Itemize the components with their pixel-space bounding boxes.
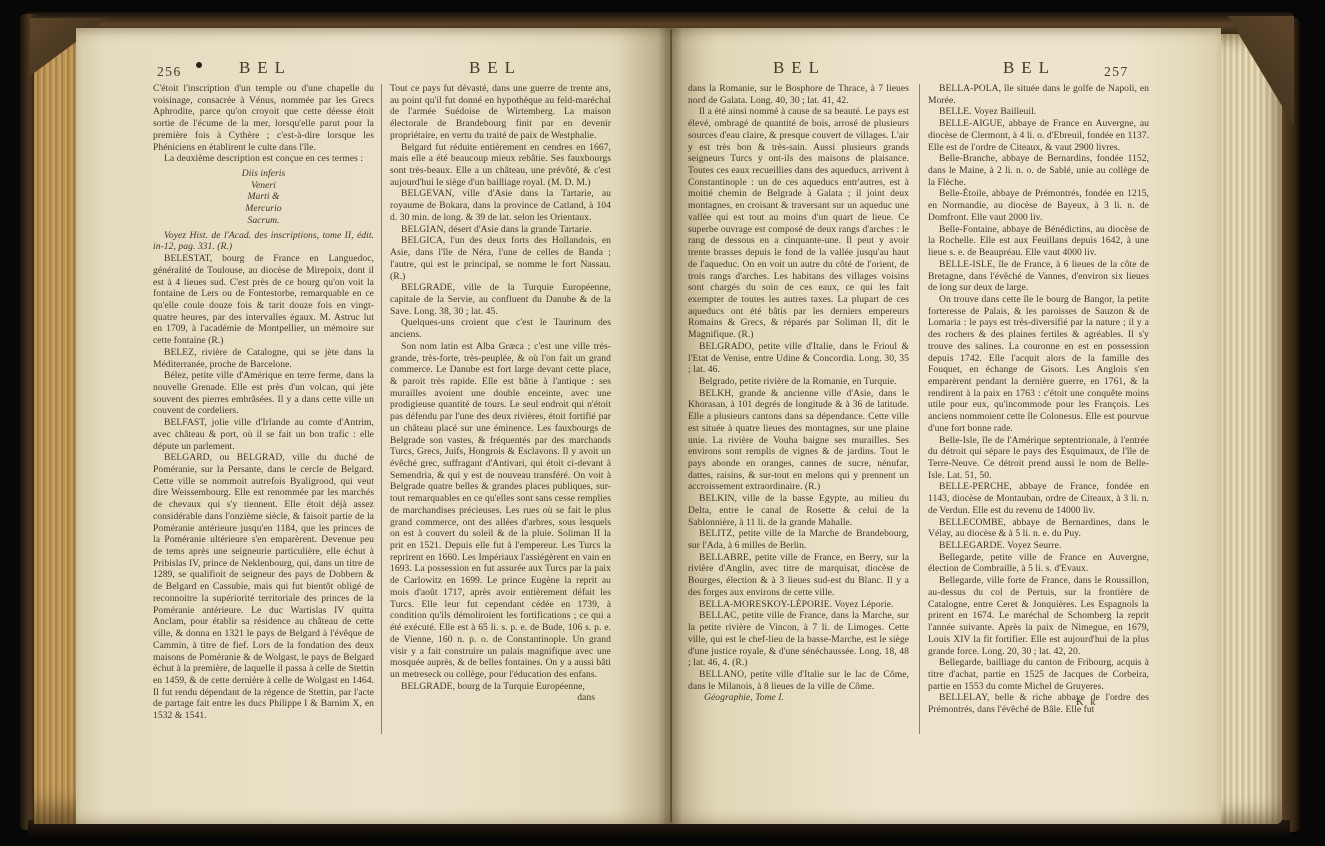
column-rule-left-page — [381, 84, 382, 734]
entry-paragraph: BELLAC, petite ville de France, dans la … — [688, 610, 909, 669]
entry-paragraph: BELGRADO, petite ville d'Italie, dans le… — [688, 341, 909, 376]
entry-paragraph: dans — [390, 692, 611, 704]
entry-paragraph: Belle-Branche, abbaye de Bernardins, fon… — [928, 153, 1149, 188]
entry-paragraph: BELLECOMBE, abbaye de Bernardines, dans … — [928, 517, 1149, 540]
entry-paragraph: BELLE. Voyez Bailleuil. — [928, 106, 1149, 118]
text-column-1: C'étoit l'inscription d'un temple ou d'u… — [153, 83, 374, 755]
entry-paragraph: BELGIAN, désert d'Asie dans la grande Ta… — [390, 224, 611, 236]
entry-paragraph: BELLE-PERCHE, abbaye de France, fondée e… — [928, 481, 1149, 516]
entry-paragraph: BELLE-ISLE, île de France, à 6 lieues de… — [928, 259, 1149, 294]
entry-paragraph: Bellegarde, petite ville de France en Au… — [928, 552, 1149, 575]
entry-paragraph: BELLANO, petite ville d'Italie sur le la… — [688, 669, 909, 692]
entry-paragraph: BELKH, grande & ancienne ville d'Asie, d… — [688, 388, 909, 493]
entry-paragraph: BELLEGARDE. Voyez Seurre. — [928, 540, 1149, 552]
entry-paragraph: La deuxième description est conçue en ce… — [153, 153, 374, 165]
entry-paragraph: BELLA-MORESKOY-LÉPORIE. Voyez Léporie. — [688, 599, 909, 611]
column-rule-right-page — [919, 84, 920, 734]
entry-paragraph: BELGRADE, ville de la Turquie Européenne… — [390, 282, 611, 317]
entry-paragraph: Tout ce pays fut dévasté, dans une guerr… — [390, 83, 611, 142]
book-right-cover-edge — [1281, 18, 1300, 832]
entry-paragraph: BELGICA, l'un des deux forts des Holland… — [390, 235, 611, 282]
text-column-3: dans la Romanie, sur le Bosphore de Thra… — [688, 83, 909, 755]
entry-paragraph: BELGEVAN, ville d'Asie dans la Tartarie,… — [390, 188, 611, 223]
entry-paragraph: BELFAST, jolie ville d'Irlande au comte … — [153, 417, 374, 452]
gutter-fold-line — [670, 30, 672, 822]
entry-paragraph: Quelques-uns croient que c'est le Taurin… — [390, 317, 611, 340]
photo-of-open-book: { "colors": { "background": "#070708", "… — [0, 0, 1325, 846]
gathering-signature: K k — [1076, 697, 1097, 708]
page-number-257: 257 — [1104, 64, 1129, 80]
entry-paragraph: BELGRADE, bourg de la Turquie Européenne… — [390, 681, 611, 693]
right-page-block-fore-edge — [1221, 34, 1282, 824]
entry-paragraph: Géographie, Tome I. — [688, 692, 909, 704]
entry-paragraph: Belle-Étoile, abbaye de Prémontrés, fond… — [928, 188, 1149, 223]
entry-paragraph: Bellegarde, ville forte de France, dans … — [928, 575, 1149, 657]
entry-paragraph: dans la Romanie, sur le Bosphore de Thra… — [688, 83, 909, 106]
entry-paragraph: BELLELAY, belle & riche abbaye de l'ordr… — [928, 692, 1149, 715]
entry-paragraph: Bellegarde, bailliage du canton de Fribo… — [928, 657, 1149, 692]
entry-paragraph: Belgard fut réduite entièrement en cendr… — [390, 142, 611, 189]
left-page-block-fore-edge — [34, 28, 78, 824]
entry-paragraph: BELITZ, petite ville de la Marche de Bra… — [688, 528, 909, 551]
running-head-col3: BEL — [686, 58, 906, 78]
entry-paragraph: BELEZ, rivière de Catalogne, qui se jète… — [153, 347, 374, 370]
entry-paragraph: BELLABRE, petite ville de France, en Ber… — [688, 552, 909, 599]
entry-paragraph: BELGARD, ou BELGRAD, ville du duché de P… — [153, 452, 374, 722]
entry-paragraph: Belgrado, petite rivière de la Romanie, … — [688, 376, 909, 388]
entry-paragraph: Son nom latin est Alba Græca ; c'est une… — [390, 341, 611, 681]
entry-paragraph: Il a été ainsi nommé à cause de sa beaut… — [688, 106, 909, 340]
text-column-2: Tout ce pays fut dévasté, dans une guerr… — [390, 83, 611, 755]
entry-paragraph: BELKIN, ville de la basse Egypte, au mil… — [688, 493, 909, 528]
running-head-col4: BEL — [916, 58, 1136, 78]
entry-paragraph: C'étoit l'inscription d'un temple ou d'u… — [153, 83, 374, 153]
entry-paragraph: On trouve dans cette île le bourg de Ban… — [928, 294, 1149, 435]
entry-paragraph: Bélez, petite ville d'Amérique en terre … — [153, 370, 374, 417]
entry-paragraph: BELESTAT, bourg de France en Languedoc, … — [153, 253, 374, 347]
entry-paragraph: Belle-Fontaine, abbaye de Bénédictins, a… — [928, 224, 1149, 259]
running-head-col2: BEL — [382, 58, 602, 78]
entry-paragraph: Diis inferis Veneri Marti & Mercurio Sac… — [153, 168, 374, 227]
entry-paragraph: Belle-Isle, île de l'Amérique septentrio… — [928, 435, 1149, 482]
entry-paragraph: BELLA-POLA, île située dans le golfe de … — [928, 83, 1149, 106]
text-column-4: BELLA-POLA, île située dans le golfe de … — [928, 83, 1149, 755]
entry-paragraph: BELLE-AIGUE, abbaye de France en Auvergn… — [928, 118, 1149, 153]
entry-paragraph: Voyez Hist. de l'Acad. des inscriptions,… — [153, 230, 374, 253]
running-head-col1: BEL — [152, 58, 372, 78]
